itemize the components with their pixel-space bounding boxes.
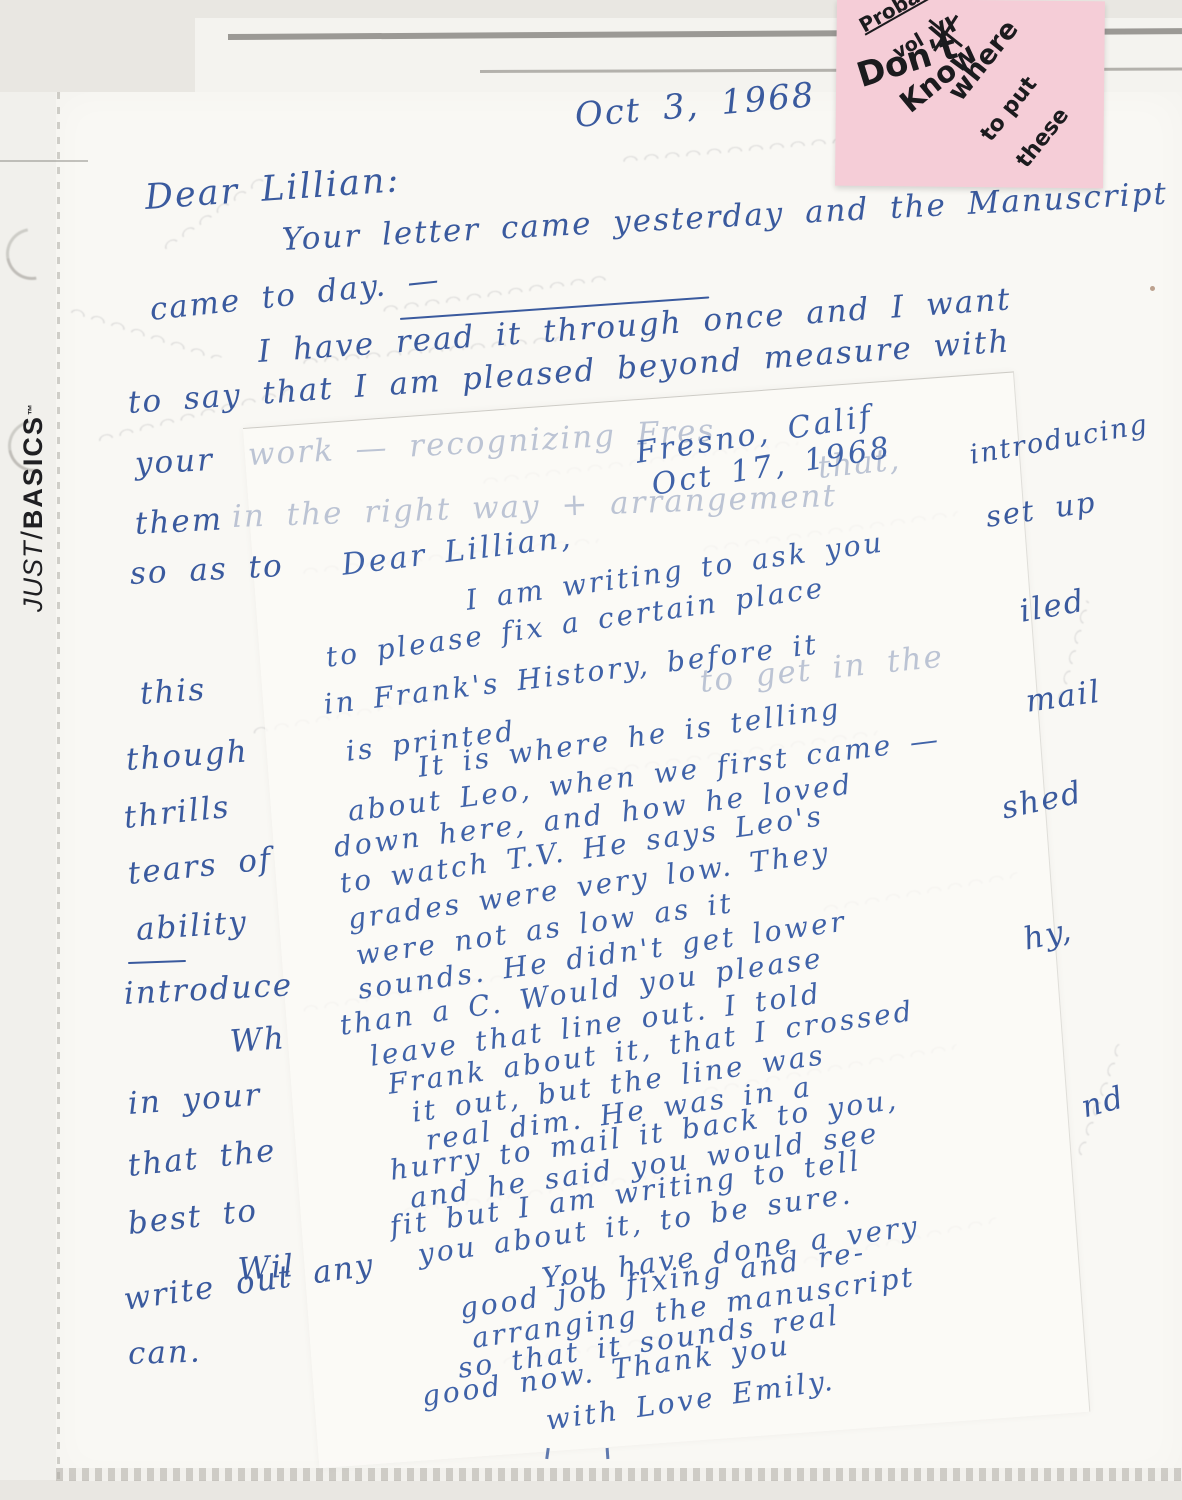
letter1-margin-fragment: can. [127,1333,202,1372]
letter1-margin-fragment: this [139,671,208,712]
brand-suffix: BASICS [18,415,48,529]
letter1-line-start: them [134,501,224,542]
brand-slash: / [16,530,49,539]
letter1-line-start: your [134,442,215,482]
letter1-margin-fragment: Wh [229,1020,287,1060]
protector-binding-strip [0,92,56,1480]
brand-prefix: JUST [18,541,48,613]
dust-speck [1150,286,1155,291]
protector-bottom-seam [56,1468,1182,1481]
scanned-letter-page: JUST/BASICS™ Oct 3, 1968 Dear Lillian: Y… [0,0,1182,1500]
punch-hole-mark [0,160,88,162]
just-basics-logo: JUST/BASICS™ [16,403,50,612]
protector-stitched-seam [57,92,60,1480]
trademark-symbol: ™ [27,403,39,415]
sticky-note: Probably vol VI Don't Know where to put … [835,0,1105,188]
